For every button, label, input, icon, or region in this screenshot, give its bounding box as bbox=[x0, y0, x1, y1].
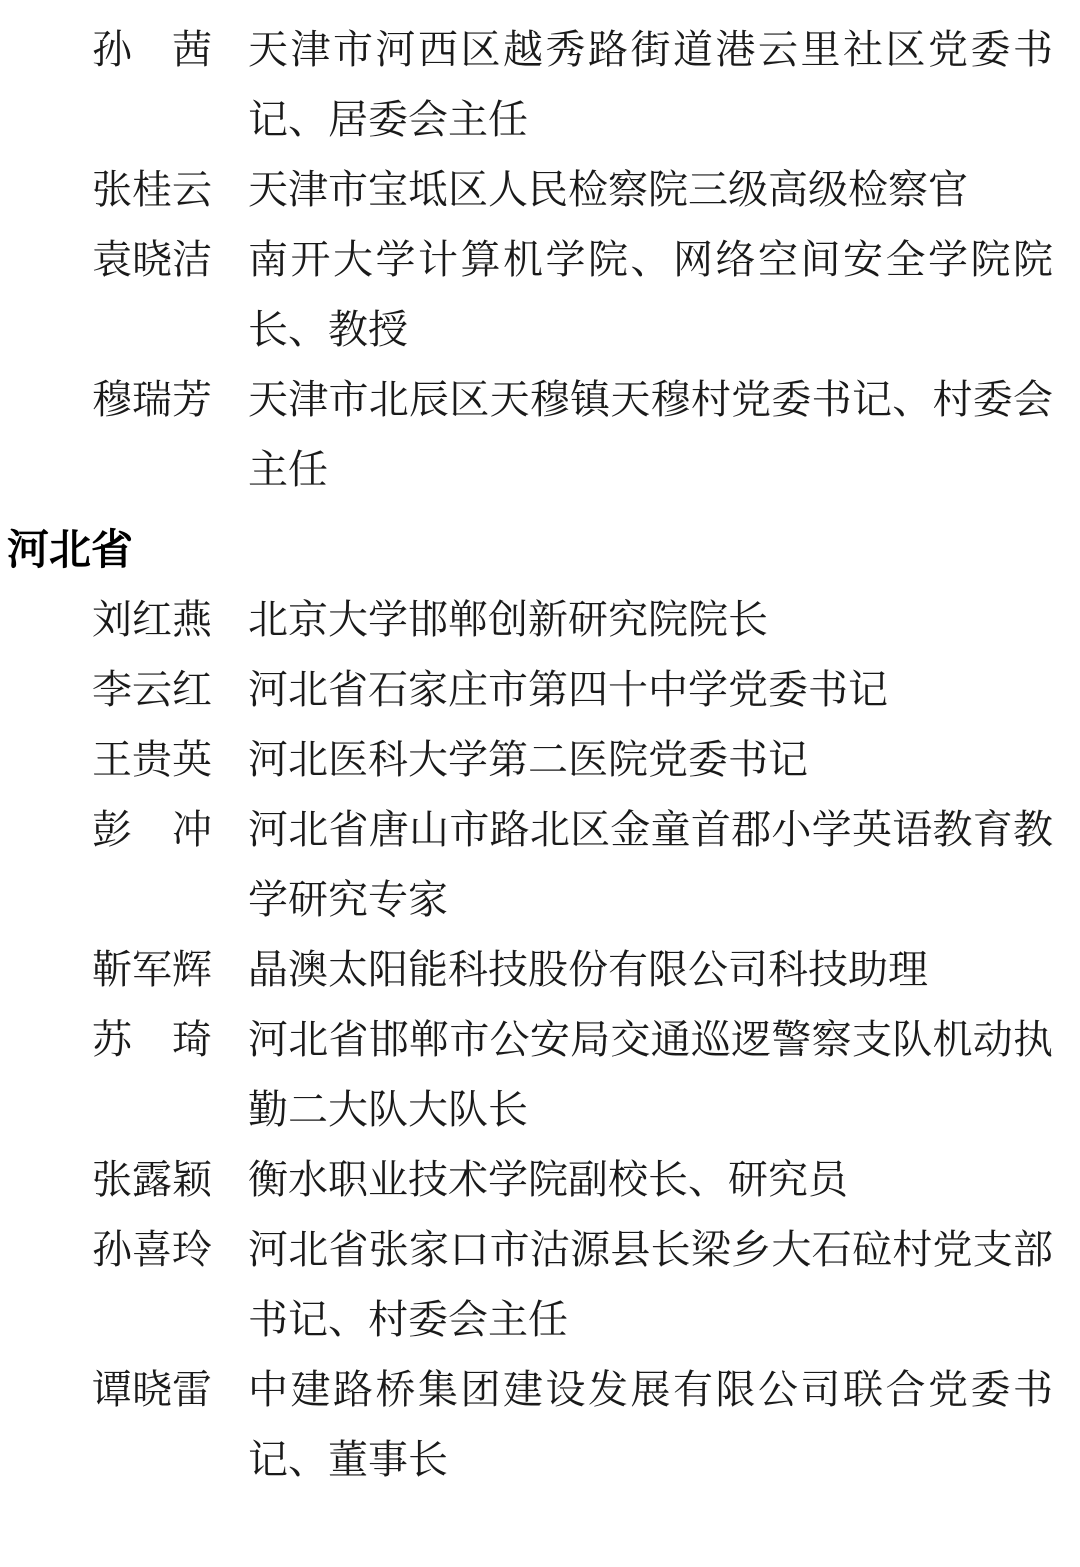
person-name: 王贵英 bbox=[92, 725, 212, 795]
person-name: 苏琦 bbox=[92, 1005, 212, 1075]
person-title: 南开大学计算机学院、网络空间安全学院院长、教授 bbox=[248, 225, 1053, 365]
person-title: 河北省张家口市沽源县长梁乡大石砬村党支部书记、村委会主任 bbox=[248, 1215, 1053, 1355]
person-name: 孙茜 bbox=[92, 15, 212, 85]
list-item: 靳军辉 晶澳太阳能科技股份有限公司科技助理 bbox=[0, 935, 1080, 1005]
person-title: 天津市北辰区天穆镇天穆村党委书记、村委会主任 bbox=[248, 365, 1053, 505]
person-title: 河北省石家庄市第四十中学党委书记 bbox=[248, 655, 1053, 725]
province-section-heading: 河北省 bbox=[7, 515, 1080, 585]
person-name: 刘红燕 bbox=[92, 585, 212, 655]
person-title: 衡水职业技术学院副校长、研究员 bbox=[248, 1145, 1053, 1215]
person-title: 天津市宝坻区人民检察院三级高级检察官 bbox=[248, 155, 1053, 225]
person-name: 张桂云 bbox=[92, 155, 212, 225]
person-title: 河北省邯郸市公安局交通巡逻警察支队机动执勤二大队大队长 bbox=[248, 1005, 1053, 1145]
list-item: 李云红 河北省石家庄市第四十中学党委书记 bbox=[0, 655, 1080, 725]
person-name: 谭晓雷 bbox=[92, 1355, 212, 1425]
list-item: 苏琦 河北省邯郸市公安局交通巡逻警察支队机动执勤二大队大队长 bbox=[0, 1005, 1080, 1145]
list-item: 孙喜玲 河北省张家口市沽源县长梁乡大石砬村党支部书记、村委会主任 bbox=[0, 1215, 1080, 1355]
list-item: 张露颖 衡水职业技术学院副校长、研究员 bbox=[0, 1145, 1080, 1215]
person-title: 河北省唐山市路北区金童首郡小学英语教育教学研究专家 bbox=[248, 795, 1053, 935]
list-item: 王贵英 河北医科大学第二医院党委书记 bbox=[0, 725, 1080, 795]
person-name: 靳军辉 bbox=[92, 935, 212, 1005]
list-item: 袁晓洁 南开大学计算机学院、网络空间安全学院院长、教授 bbox=[0, 225, 1080, 365]
person-name: 李云红 bbox=[92, 655, 212, 725]
person-name: 孙喜玲 bbox=[92, 1215, 212, 1285]
list-item: 谭晓雷 中建路桥集团建设发展有限公司联合党委书记、董事长 bbox=[0, 1355, 1080, 1495]
list-item: 穆瑞芳 天津市北辰区天穆镇天穆村党委书记、村委会主任 bbox=[0, 365, 1080, 505]
person-name: 彭冲 bbox=[92, 795, 212, 865]
document-page: 孙茜 天津市河西区越秀路街道港云里社区党委书记、居委会主任 张桂云 天津市宝坻区… bbox=[0, 0, 1080, 1567]
person-title: 河北医科大学第二医院党委书记 bbox=[248, 725, 1053, 795]
list-item: 彭冲 河北省唐山市路北区金童首郡小学英语教育教学研究专家 bbox=[0, 795, 1080, 935]
person-title: 北京大学邯郸创新研究院院长 bbox=[248, 585, 1053, 655]
person-title: 天津市河西区越秀路街道港云里社区党委书记、居委会主任 bbox=[248, 15, 1053, 155]
person-name: 穆瑞芳 bbox=[92, 365, 212, 435]
person-title: 中建路桥集团建设发展有限公司联合党委书记、董事长 bbox=[248, 1355, 1053, 1495]
list-item: 孙茜 天津市河西区越秀路街道港云里社区党委书记、居委会主任 bbox=[0, 15, 1080, 155]
person-name: 张露颖 bbox=[92, 1145, 212, 1215]
list-item: 张桂云 天津市宝坻区人民检察院三级高级检察官 bbox=[0, 155, 1080, 225]
person-title: 晶澳太阳能科技股份有限公司科技助理 bbox=[248, 935, 1053, 1005]
person-name: 袁晓洁 bbox=[92, 225, 212, 295]
list-item: 刘红燕 北京大学邯郸创新研究院院长 bbox=[0, 585, 1080, 655]
